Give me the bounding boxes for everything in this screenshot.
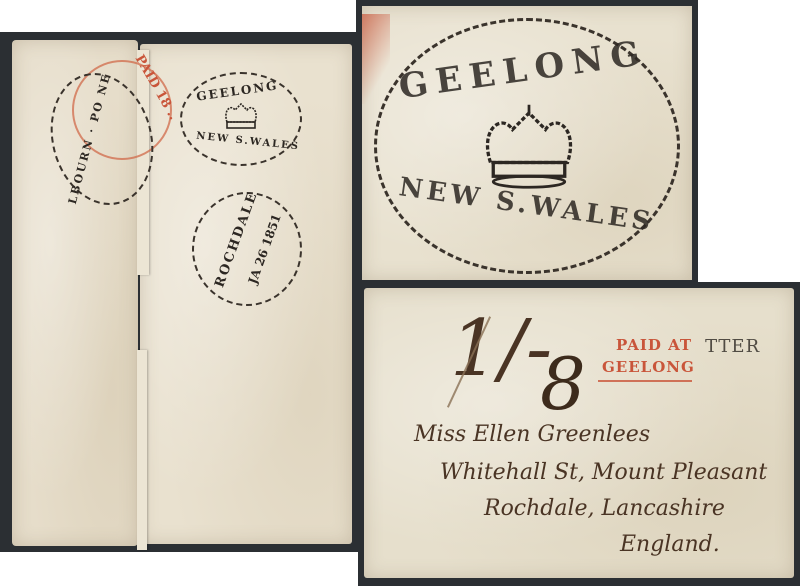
address-line-1: Miss Ellen Greenlees — [414, 422, 650, 447]
address-line-3: Rochdale, Lancashire — [484, 496, 725, 521]
crown-icon — [221, 100, 261, 132]
paid-at-line2: GEELONG — [602, 358, 695, 376]
crown-icon — [474, 96, 584, 196]
manuscript-rate: 8 — [540, 342, 586, 426]
ship-letter-visible: TTER — [705, 336, 760, 357]
red-ink-fragment — [362, 14, 390, 104]
address-line-2: Whitehall St, Mount Pleasant — [440, 460, 767, 485]
cover-front-panel: 1/- 8 PAID AT GEELONG SHIP LETTER Miss E… — [358, 282, 800, 586]
ship-letter-handstamp: SHIP LETTER — [620, 336, 760, 357]
fold-edge-lower — [137, 350, 147, 550]
cover-back-panel: PAID 18 .. LBOURN · PO NE GEELONG NEW S.… — [0, 32, 360, 552]
paid-underline — [598, 380, 692, 382]
geelong-stamp-zoom-panel: GEELONG NEW S.WALES — [356, 0, 698, 286]
address-line-4: England. — [620, 532, 720, 557]
manuscript-rate-crossed: 1/- — [450, 304, 552, 394]
